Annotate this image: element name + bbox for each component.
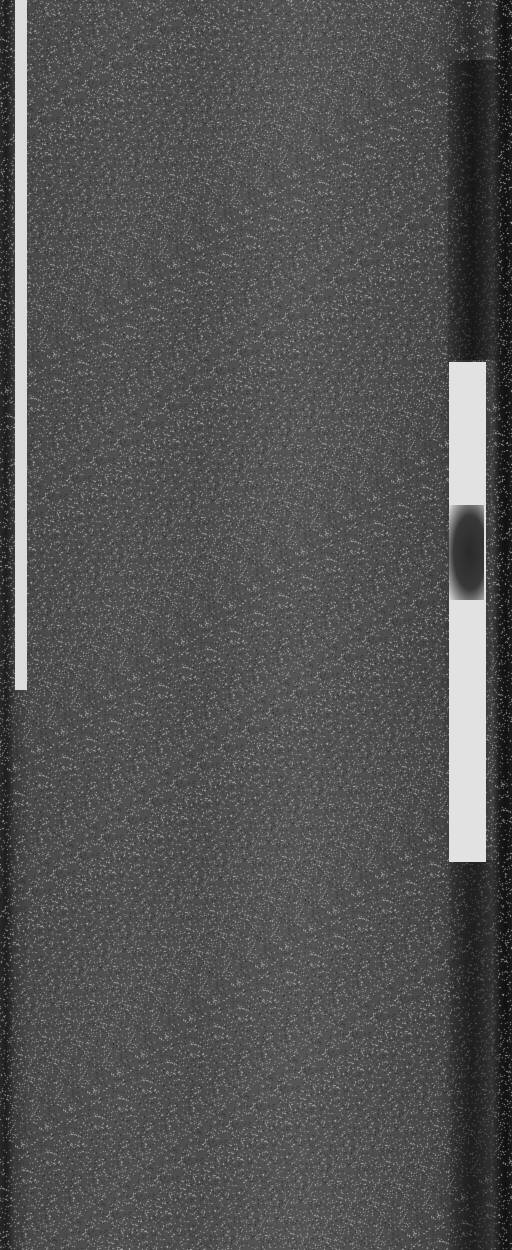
road-edge-dark-band [450, 860, 498, 1250]
road-surface-image [0, 0, 512, 1250]
worn-marking-patch [449, 505, 484, 600]
right-lane-marking [449, 362, 486, 862]
asphalt-texture [0, 0, 512, 1250]
road-edge-dark-band [448, 60, 498, 360]
left-lane-line [15, 0, 27, 690]
